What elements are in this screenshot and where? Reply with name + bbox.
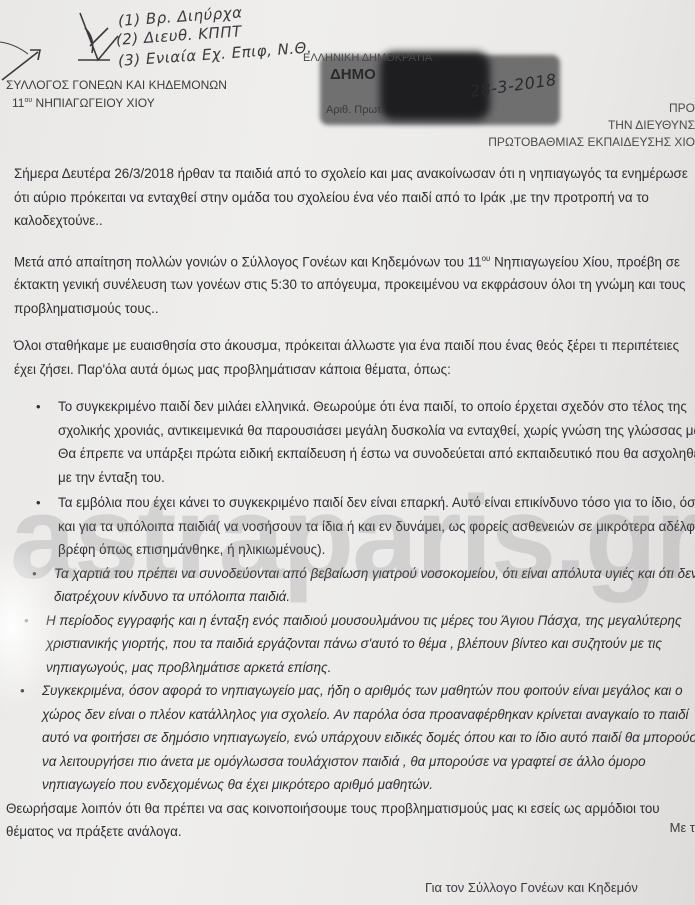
paragraph-assembly: Μετά από απαίτηση πολλών γονιών ο Σύλλογ…	[14, 247, 694, 321]
paragraph-announcement: Σήμερα Δευτέρα 26/3/2018 ήρθαν τα παιδιά…	[14, 162, 694, 233]
stamp-republic: ΕΛΛΗΝΙΚΗ ΔΗΜΟΚΡΑΤΙΑ	[303, 52, 432, 64]
letter-body: Σήμερα Δευτέρα 26/3/2018 ήρθαν τα παιδιά…	[14, 162, 695, 858]
recipient-line-2: ΤΗΝ ΔΙΕΥΘΥΝΣ	[488, 117, 695, 134]
paragraph-concerns-intro: Όλοι σταθήκαμε με ευαισθησία στο άκουσμα…	[14, 334, 694, 381]
handwritten-arrow-icon	[0, 30, 65, 85]
recipient-block: ΠΡΟ ΤΗΝ ΔΙΕΥΘΥΝΣ ΠΡΩΤΟΒΑΘΜΙΑΣ ΕΚΠΑΙΔΕΥΣΗ…	[488, 100, 695, 151]
recipient-line-3: ΠΡΩΤΟΒΑΘΜΙΑΣ ΕΚΠΑΙΔΕΥΣΗΣ ΧΙΟ	[488, 134, 695, 151]
list-item-capacity: Συγκεκριμένα, όσον αφορά το νηπιαγωγείο …	[42, 679, 695, 797]
photo-glare	[0, 540, 60, 710]
sender-block: ΣΥΛΛΟΓΟΣ ΓΟΝΕΩΝ ΚΑΙ ΚΗΔΕΜΟΝΩΝ 11ου ΝΗΠΙΑ…	[6, 78, 227, 111]
closing-text: Με τ	[670, 820, 695, 835]
sender-association: ΣΥΛΛΟΓΟΣ ΓΟΝΕΩΝ ΚΑΙ ΚΗΔΕΜΟΝΩΝ	[6, 78, 227, 93]
recipient-line-1: ΠΡΟ	[488, 100, 695, 117]
list-item-easter-period: Η περίοδος εγγραφής και η ένταξη ενός πα…	[46, 609, 695, 680]
list-item-vaccines: Τα εμβόλια που έχει κάνει το συγκεκριμέν…	[58, 491, 695, 562]
letter-page: (1) Βρ. Διηύρχα (2) Διευθ. ΚΠΠΤ (3) Ενια…	[0, 0, 695, 905]
stamp-protocol-label: Αριθ. Πρωτ.	[326, 104, 384, 116]
signature-text: Για τον Σύλλογο Γονέων και Κηδεμόν	[425, 880, 638, 895]
stamp-municipality: ΔΗΜΟ	[330, 66, 376, 83]
concerns-list: Το συγκεκριμένο παιδί δεν μιλάει ελληνικ…	[14, 395, 695, 797]
sender-school: 11ου ΝΗΠΙΑΓΩΓΕΙΟΥ ΧΙΟΥ	[6, 93, 227, 111]
list-item-medical-papers: Τα χαρτιά του πρέπει να συνοδεύονται από…	[54, 562, 695, 609]
list-item-language: Το συγκεκριμένο παιδί δεν μιλάει ελληνικ…	[58, 395, 695, 489]
paragraph-conclusion: Θεωρήσαμε λοιπόν ότι θα πρέπει να σας κο…	[6, 797, 695, 844]
